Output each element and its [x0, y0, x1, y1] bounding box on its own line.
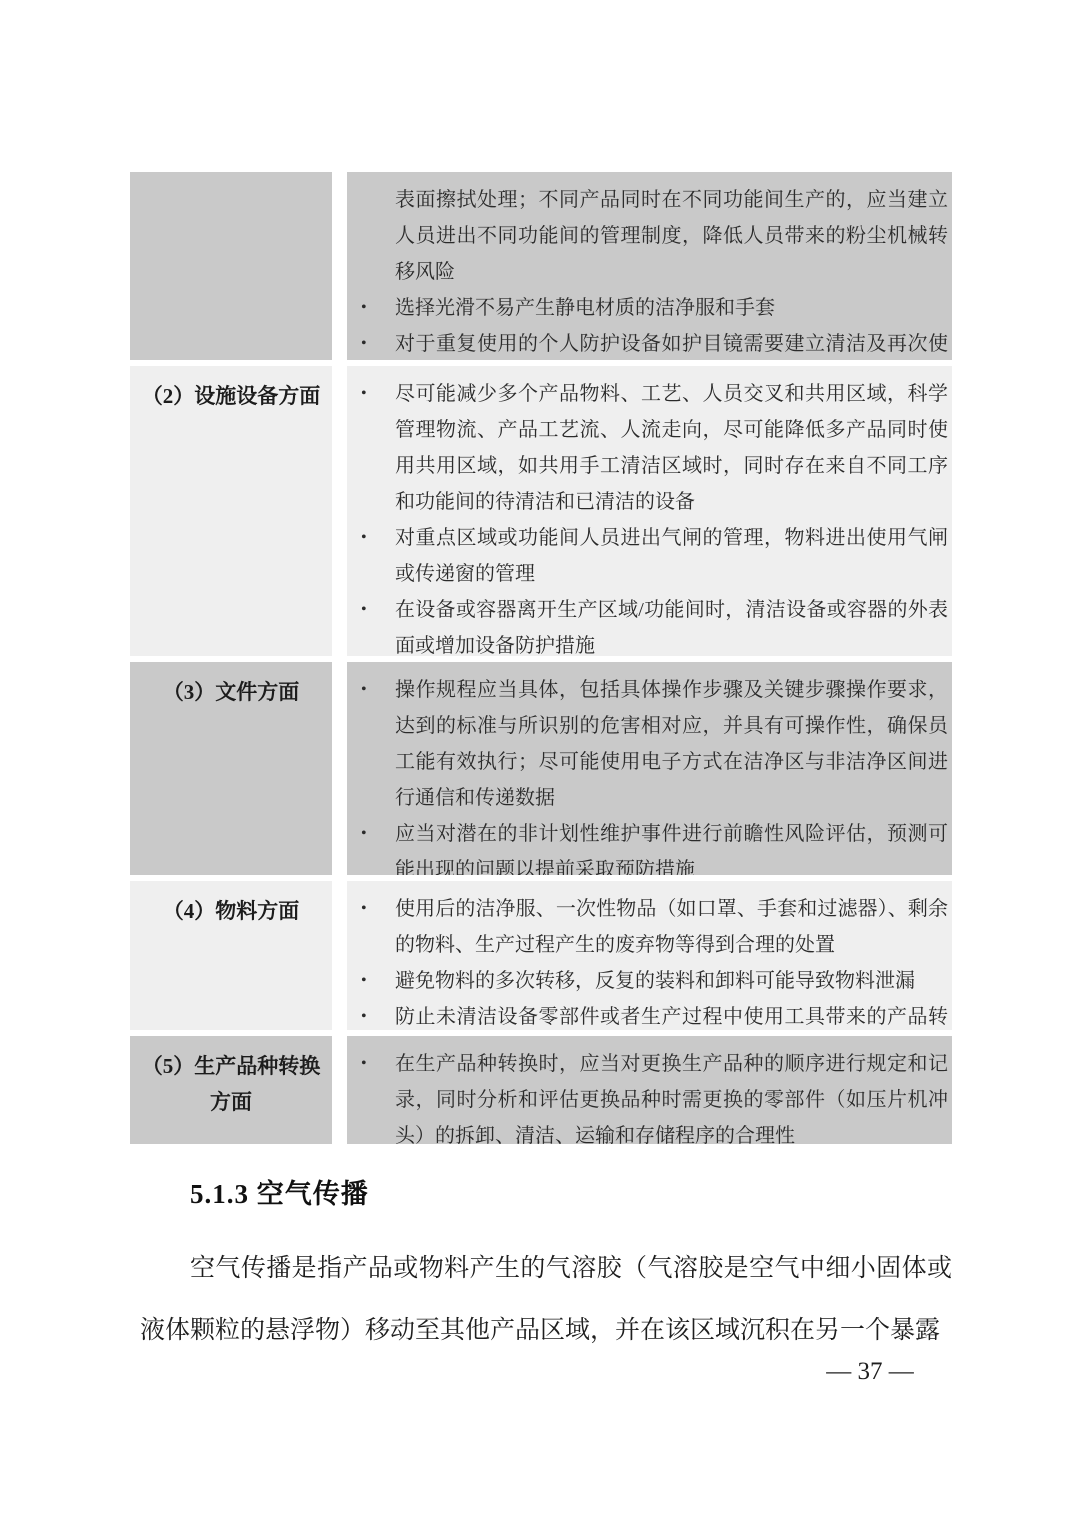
table-bullet-item: •对于重复使用的个人防护设备如护目镜需要建立清洁及再次使用的管理制度，避免其成为… [347, 326, 948, 360]
row-content: 表面擦拭处理；不同产品同时在不同功能间生产的，应当建立人员进出不同功能间的管理制… [347, 172, 952, 360]
row-label [130, 172, 332, 360]
bullet-icon: • [361, 891, 367, 927]
table-row: （2）设施设备方面 •尽可能减少多个产品物料、工艺、人员交叉和共用区域，科学管理… [130, 366, 952, 656]
item-text: 在生产品种转换时，应当对更换生产品种的顺序进行规定和记录，同时分析和评估更换品种… [395, 1053, 948, 1144]
item-text: 尽可能减少多个产品物料、工艺、人员交叉和共用区域，科学管理物流、产品工艺流、人流… [395, 383, 948, 513]
table-bullet-item: •避免物料的多次转移，反复的装料和卸料可能导致物料泄漏 [347, 963, 948, 999]
item-text: 对重点区域或功能间人员进出气闸的管理，物料进出使用气闸或传递窗的管理 [395, 527, 948, 585]
item-text: 选择光滑不易产生静电材质的洁净服和手套 [395, 297, 775, 319]
row-content: •在生产品种转换时，应当对更换生产品种的顺序进行规定和记录，同时分析和评估更换品… [347, 1036, 952, 1144]
table-bullet-item: •尽可能减少多个产品物料、工艺、人员交叉和共用区域，科学管理物流、产品工艺流、人… [347, 376, 948, 520]
risk-measures-table: 表面擦拭处理；不同产品同时在不同功能间生产的，应当建立人员进出不同功能间的管理制… [130, 172, 952, 1144]
table-row: （5）生产品种转换方面 •在生产品种转换时，应当对更换生产品种的顺序进行规定和记… [130, 1036, 952, 1144]
item-text: 避免物料的多次转移，反复的装料和卸料可能导致物料泄漏 [395, 970, 915, 992]
section-heading: 5.1.3 空气传播 [190, 1172, 369, 1211]
table-row: 表面擦拭处理；不同产品同时在不同功能间生产的，应当建立人员进出不同功能间的管理制… [130, 172, 952, 360]
row-label: （4）物料方面 [130, 881, 332, 1030]
bullet-icon: • [361, 520, 367, 556]
item-text: 使用后的洁净服、一次性物品（如口罩、手套和过滤器）、剩余的物料、生产过程产生的废… [395, 898, 948, 956]
item-text: 在设备或容器离开生产区域/功能间时，清洁设备或容器的外表面或增加设备防护措施 [395, 599, 948, 656]
row-label: （3）文件方面 [130, 662, 332, 875]
row-label: （5）生产品种转换方面 [130, 1036, 332, 1144]
bullet-icon: • [361, 376, 367, 412]
table-bullet-item: •选择光滑不易产生静电材质的洁净服和手套 [347, 290, 948, 326]
item-text: 操作规程应当具体，包括具体操作步骤及关键步骤操作要求，达到的标准与所识别的危害相… [395, 679, 948, 809]
table-row: （4）物料方面 •使用后的洁净服、一次性物品（如口罩、手套和过滤器）、剩余的物料… [130, 881, 952, 1030]
row-content: •使用后的洁净服、一次性物品（如口罩、手套和过滤器）、剩余的物料、生产过程产生的… [347, 881, 952, 1030]
table-bullet-item: •在生产品种转换时，应当对更换生产品种的顺序进行规定和记录，同时分析和评估更换品… [347, 1046, 948, 1144]
bullet-icon: • [361, 326, 367, 360]
row-label: （2）设施设备方面 [130, 366, 332, 656]
table-bullet-item: •对重点区域或功能间人员进出气闸的管理，物料进出使用气闸或传递窗的管理 [347, 520, 948, 592]
table-bullet-item: •防止未清洁设备零部件或者生产过程中使用工具带来的产品转移 [347, 999, 948, 1030]
item-text: 表面擦拭处理；不同产品同时在不同功能间生产的，应当建立人员进出不同功能间的管理制… [395, 189, 948, 283]
table-bullet-item: •应当对潜在的非计划性维护事件进行前瞻性风险评估，预测可能出现的问题以提前采取预… [347, 816, 948, 875]
row-content: •尽可能减少多个产品物料、工艺、人员交叉和共用区域，科学管理物流、产品工艺流、人… [347, 366, 952, 656]
bullet-icon: • [361, 999, 367, 1030]
table-row: （3）文件方面 •操作规程应当具体，包括具体操作步骤及关键步骤操作要求，达到的标… [130, 662, 952, 875]
item-text: 对于重复使用的个人防护设备如护目镜需要建立清洁及再次使用的管理制度，避免其成为污… [395, 333, 948, 360]
bullet-icon: • [361, 963, 367, 999]
bullet-icon: • [361, 592, 367, 628]
item-text: 防止未清洁设备零部件或者生产过程中使用工具带来的产品转移 [395, 1006, 948, 1030]
page-number: — 37 — [795, 1358, 945, 1386]
table-bullet-item: •操作规程应当具体，包括具体操作步骤及关键步骤操作要求，达到的标准与所识别的危害… [347, 672, 948, 816]
bullet-icon: • [361, 290, 367, 326]
table-bullet-item: •在设备或容器离开生产区域/功能间时，清洁设备或容器的外表面或增加设备防护措施 [347, 592, 948, 656]
row-content: •操作规程应当具体，包括具体操作步骤及关键步骤操作要求，达到的标准与所识别的危害… [347, 662, 952, 875]
body-paragraph: 空气传播是指产品或物料产生的气溶胶（气溶胶是空气中细小固体或液体颗粒的悬浮物）移… [140, 1238, 952, 1368]
bullet-icon: • [361, 816, 367, 852]
table-text-item: 表面擦拭处理；不同产品同时在不同功能间生产的，应当建立人员进出不同功能间的管理制… [347, 182, 948, 290]
bullet-icon: • [361, 672, 367, 708]
bullet-icon: • [361, 1046, 367, 1082]
item-text: 应当对潜在的非计划性维护事件进行前瞻性风险评估，预测可能出现的问题以提前采取预防… [395, 823, 948, 875]
table-bullet-item: •使用后的洁净服、一次性物品（如口罩、手套和过滤器）、剩余的物料、生产过程产生的… [347, 891, 948, 963]
